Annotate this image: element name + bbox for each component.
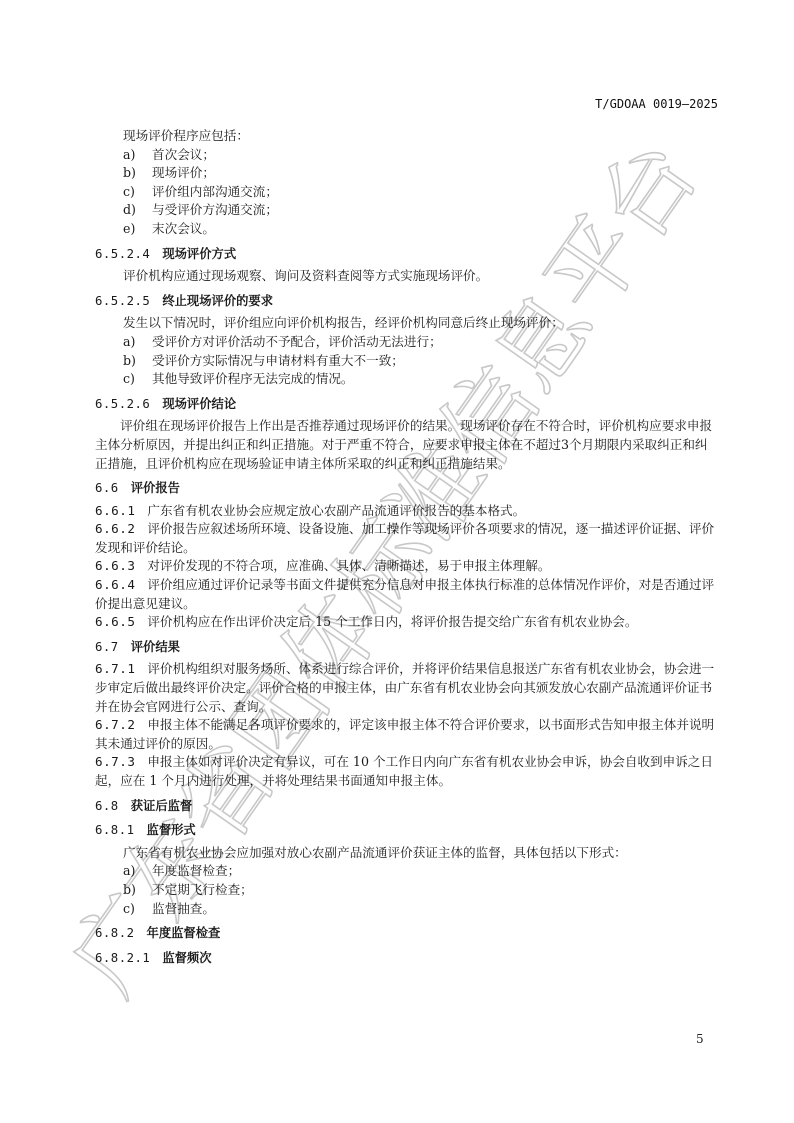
list-item: e)末次会议。 [95, 220, 717, 239]
section-heading-68: 6.8获证后监督 [95, 797, 717, 816]
paragraph-lead: 发生以下情况时，评价组应向评价机构报告，经评价机构同意后终止现场评价： [95, 314, 717, 333]
paragraph: 评价机构应通过现场观察、询问及资料查阅等方式实施现场评价。 [95, 267, 717, 286]
list-item: b)受评价方实际情况与申请材料有重大不一致； [95, 352, 717, 371]
section-heading-681: 6.8.1监督形式 [95, 821, 717, 840]
list-item: d)与受评价方沟通交流； [95, 201, 717, 220]
section-heading-682: 6.8.2年度监督检查 [95, 924, 717, 943]
list-marker: d) [123, 201, 136, 220]
clause-673: 6.7.3申报主体如对评价决定有异议，可在 10 个工作日内向广东省有机农业协会… [95, 753, 717, 790]
list-item: b)现场评价； [95, 164, 717, 183]
clause-664: 6.6.4评价组应通过评价记录等书面文件提供充分信息对申报主体执行标准的总体情况… [95, 576, 717, 613]
list-item: a)首次会议； [95, 146, 717, 165]
list-marker: c) [123, 183, 135, 202]
page-number: 5 [696, 1032, 704, 1046]
document-code: T/GDOAA 0019—2025 [595, 97, 718, 111]
clause-662: 6.6.2评价报告应叙述场所环境、设备设施、加工操作等现场评价各项要求的情况，逐… [95, 520, 717, 557]
document-page: 广东省团体标准信息平台 T/GDOAA 0019—2025 现场评价程序应包括：… [0, 0, 794, 1123]
clause-661: 6.6.1广东省有机农业协会应规定放心农副产品流通评价报告的基本格式。 [95, 502, 717, 521]
paragraph-lead: 现场评价程序应包括： [95, 127, 717, 146]
list-marker: a) [123, 146, 135, 165]
list-marker: b) [123, 164, 136, 183]
list: a)首次会议； b)现场评价； c)评价组内部沟通交流； d)与受评价方沟通交流… [95, 146, 717, 239]
section-heading-6526: 6.5.2.6现场评价结论 [95, 395, 717, 414]
section-heading-6524: 6.5.2.4现场评价方式 [95, 245, 717, 264]
list-item: a)年度监督检查； [95, 862, 717, 881]
list-item: a)受评价方对评价活动不予配合，评价活动无法进行； [95, 333, 717, 352]
list-item: b)不定期飞行检查； [95, 881, 717, 900]
document-body: 现场评价程序应包括： a)首次会议； b)现场评价； c)评价组内部沟通交流； … [95, 127, 717, 971]
list-item: c)其他导致评价程序无法完成的情况。 [95, 370, 717, 389]
list-item: c)评价组内部沟通交流； [95, 183, 717, 202]
section-heading-6525: 6.5.2.5终止现场评价的要求 [95, 292, 717, 311]
paragraph: 评价组在现场评价报告上作出是否推荐通过现场评价的结果。现场评价存在不符合时，评价… [95, 417, 717, 473]
clause-663: 6.6.3对评价发现的不符合项，应准确、具体、清晰描述，易于申报主体理解。 [95, 557, 717, 576]
clause-671: 6.7.1评价机构组织对服务场所、体系进行综合评价，并将评价结果信息报送广东省有… [95, 660, 717, 716]
clause-672: 6.7.2申报主体不能满足各项评价要求的，评定该申报主体不符合评价要求，以书面形… [95, 716, 717, 753]
clause-665: 6.6.5评价机构应在作出评价决定后 15 个工作日内，将评价报告提交给广东省有… [95, 613, 717, 632]
section-heading-66: 6.6评价报告 [95, 479, 717, 498]
section-heading-67: 6.7评价结果 [95, 638, 717, 657]
list-marker: e) [123, 220, 135, 239]
section-heading-6821: 6.8.2.1监督频次 [95, 949, 717, 968]
paragraph-lead: 广东省有机农业协会应加强对放心农副产品流通评价获证主体的监督，具体包括以下形式： [95, 844, 717, 863]
list-item: c)监督抽查。 [95, 900, 717, 919]
